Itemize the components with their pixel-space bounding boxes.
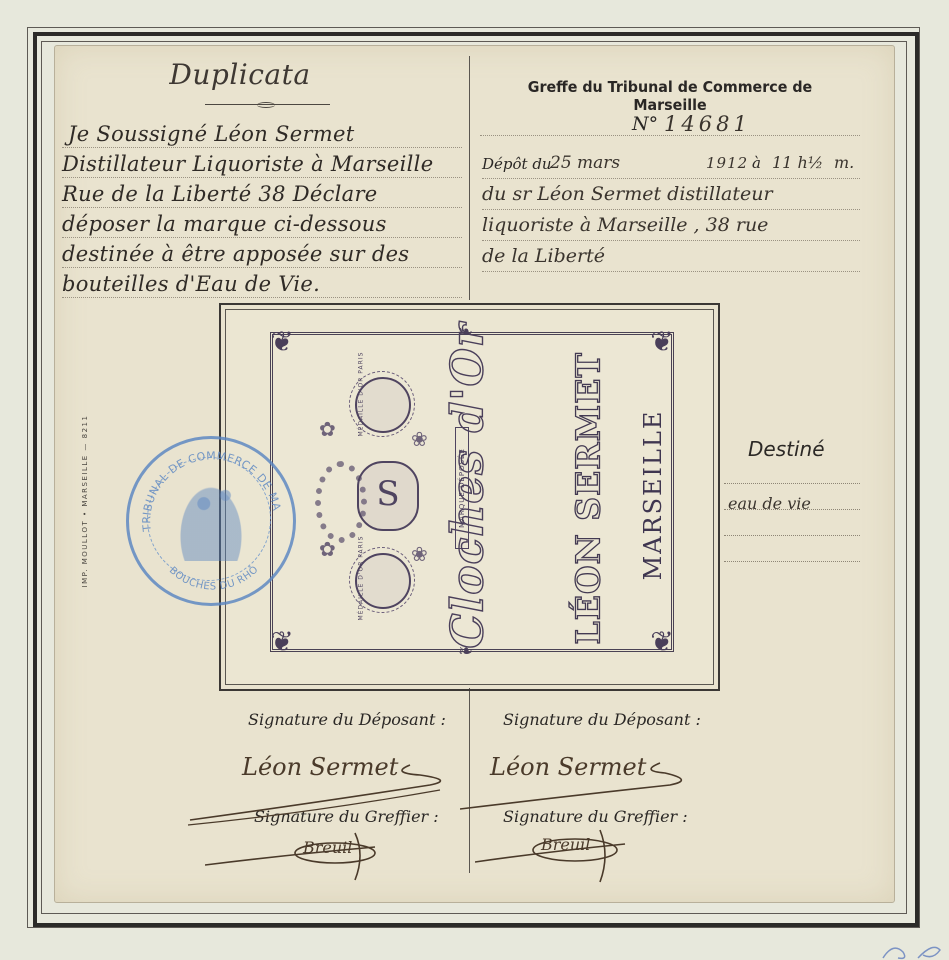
clerk-signature-right: Breuil	[475, 820, 675, 885]
vine-corner-ornament-icon: ❦	[645, 325, 679, 359]
depositor-signature-label: Signature du Déposant :	[503, 710, 701, 729]
ornamental-rule	[205, 104, 330, 105]
svg-text:Breuil: Breuil	[302, 838, 352, 857]
depositor-signature-right: Léon Sermet	[460, 735, 700, 830]
pencil-mark	[878, 940, 948, 960]
clerk-signature-left: Breuil	[205, 825, 425, 885]
printer-imprint: IMP. MOULLOT • MARSEILLE — 8211	[81, 401, 93, 601]
grape-vine-icon: ✿	[319, 417, 336, 441]
deposit-line: liquoriste à Marseille , 38 rue	[482, 210, 860, 241]
duplicata-heading: Duplicata	[150, 58, 330, 91]
grape-vine-icon: ✿	[319, 537, 336, 561]
destination-lines: eau de vie	[724, 458, 860, 562]
svg-text:Léon Sermet: Léon Sermet	[241, 753, 399, 781]
medallion-crest: S ✿ ❀ ✿ ❀ MARQUE DÉPOSÉE MÉDAILLE D'OR P…	[311, 357, 451, 625]
medal-caption: MÉDAILLE D'OR PARIS	[358, 357, 365, 437]
svg-text:Léon Sermet: Léon Sermet	[489, 753, 647, 781]
declaration-line: Rue de la Liberté 38 Déclare	[62, 178, 462, 208]
grape-vine-icon: ❀	[411, 542, 428, 566]
declaration-line: destinée à être apposée sur des	[62, 238, 462, 268]
destination-line	[724, 458, 860, 484]
deposit-date-line: Dépôt du 25 mars 1912 à 11 h½ m.	[482, 148, 860, 179]
depositor-signature-label: Signature du Déposant :	[248, 710, 446, 729]
declaration-line: Je Soussigné Léon Sermet	[62, 118, 462, 148]
registry-title: Greffe du Tribunal de Commerce de Marsei…	[495, 78, 845, 114]
medal-caption: MÉDAILLE D'OR PARIS	[358, 541, 365, 621]
destination-line	[724, 510, 860, 536]
destination-line: eau de vie	[724, 484, 860, 510]
trademark-label: ❦ ❦ ❦ ❦ ❧ ❧ S ✿ ❀ ✿ ❀ MARQUE DÉPOSÉE MÉD…	[270, 332, 674, 652]
grape-vine-icon: ❀	[411, 427, 428, 451]
stamp-legend: TRIBUNAL DE COMMERCE DE MARSEILLE BOUCHE…	[129, 439, 293, 603]
stamp-text-top: TRIBUNAL DE COMMERCE DE MARSEILLE	[129, 439, 283, 533]
number-label: N°	[632, 113, 658, 135]
deposit-hour: 11 h½	[772, 148, 823, 178]
deposit-at: à	[752, 148, 761, 178]
vine-corner-ornament-icon: ❦	[265, 325, 299, 359]
vine-corner-ornament-icon: ❦	[265, 625, 299, 659]
depositor-signature-left: Léon Sermet	[180, 735, 460, 830]
label-city: MARSEILLE	[639, 355, 667, 635]
deposit-date: 25 mars	[550, 148, 620, 178]
declaration-line: Distillateur Liquoriste à Marseille	[62, 148, 462, 178]
deposit-prefix: Dépôt du	[482, 155, 552, 173]
deposit-details: Dépôt du 25 mars 1912 à 11 h½ m. du sr L…	[482, 148, 860, 272]
destination-line	[724, 536, 860, 562]
deposit-line: du sr Léon Sermet distillateur	[482, 179, 860, 210]
deposit-year: 1912	[706, 148, 748, 178]
tribunal-stamp: TRIBUNAL DE COMMERCE DE MARSEILLE BOUCHE…	[126, 436, 296, 606]
declaration-line: déposer la marque ci-dessous	[62, 208, 462, 238]
registration-number: 14681	[664, 112, 751, 136]
svg-text:TRIBUNAL DE COMMERCE DE MARSEI: TRIBUNAL DE COMMERCE DE MARSEILLE	[129, 439, 283, 533]
monogram-shield: S	[357, 461, 419, 531]
declaration-text: Je Soussigné Léon Sermet Distillateur Li…	[62, 118, 462, 298]
deposit-line: de la Liberté	[482, 241, 860, 272]
label-maker-name: LÉON SERMET	[569, 365, 608, 645]
label-brand-text: Cloches d'Or	[443, 349, 494, 649]
deposit-meridiem: m.	[834, 148, 854, 178]
declaration-line: bouteilles d'Eau de Vie.	[62, 268, 462, 298]
monogram-letter: S	[376, 474, 399, 514]
top-column-divider	[469, 56, 470, 300]
